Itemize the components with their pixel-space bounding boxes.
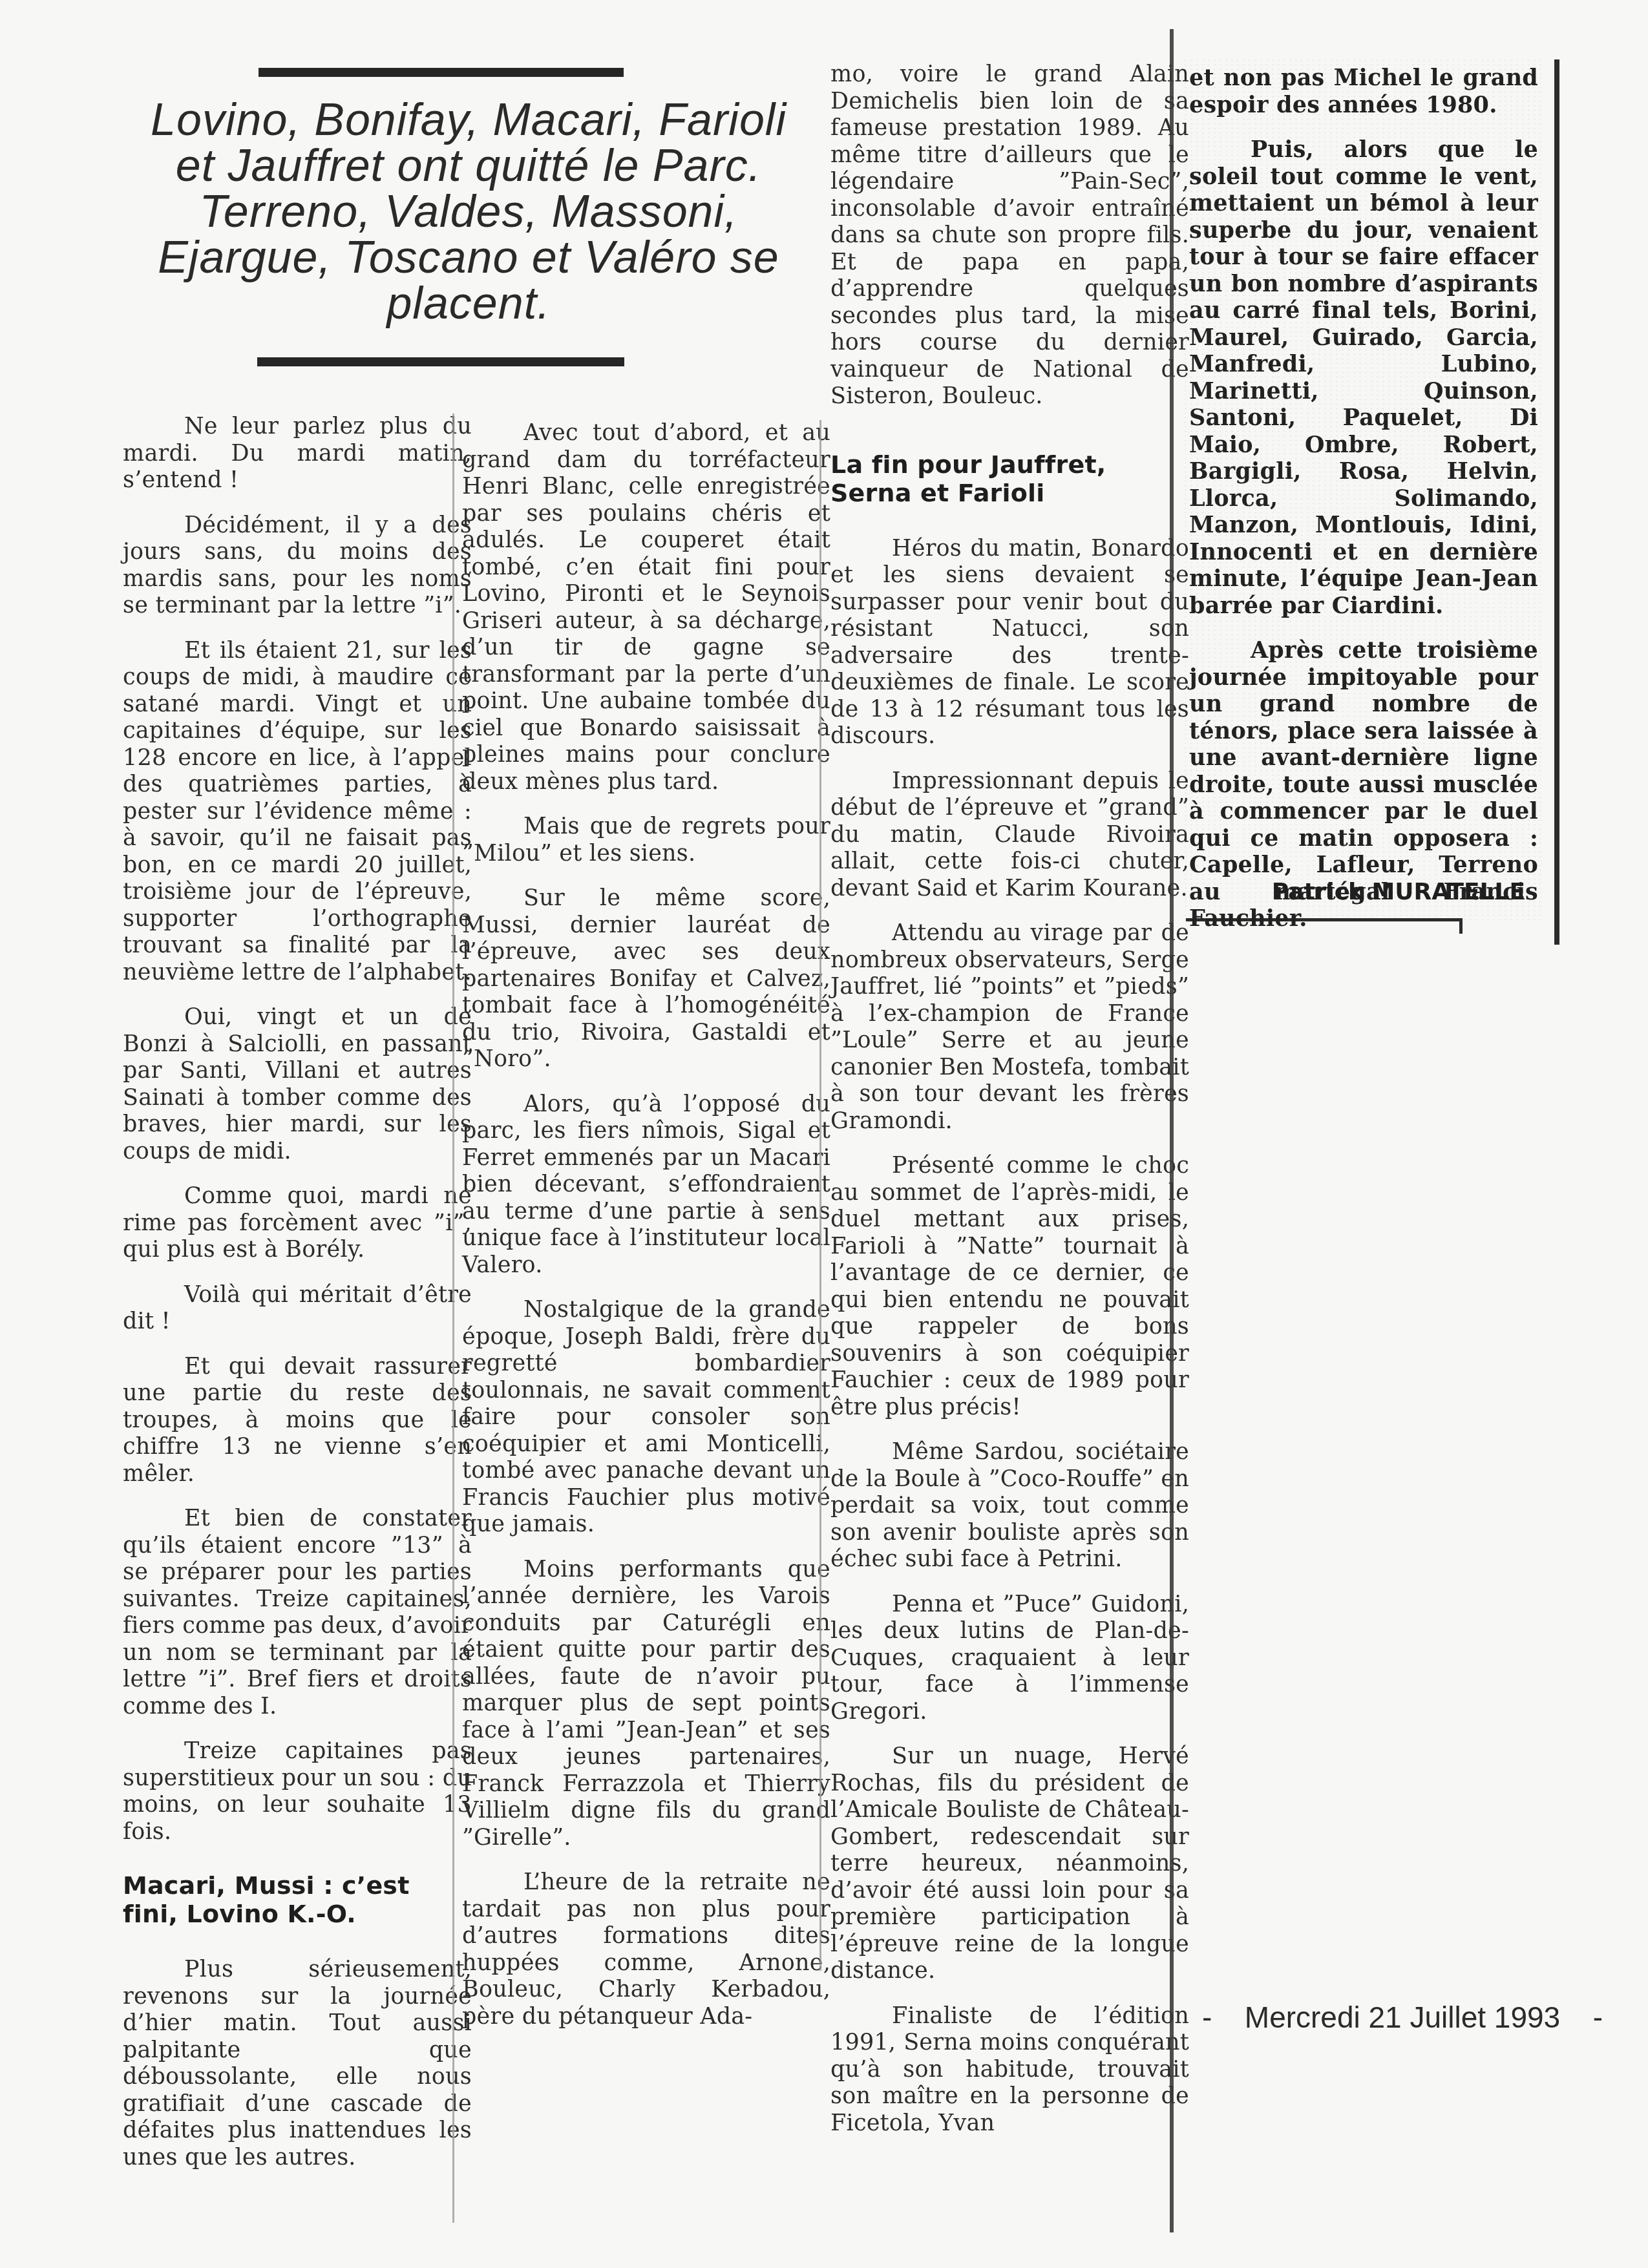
paragraph: Plus sérieusement, revenons sur la journ… <box>123 1957 472 2171</box>
article-column-4: et non pas Michel le grand espoir des an… <box>1189 65 1538 950</box>
headline: Lovino, Bonifay, Macari, Farioli et Jauf… <box>103 97 834 326</box>
dateline-date: Mercredi 21 Juillet 1993 <box>1245 2000 1560 2035</box>
paragraph: L’heure de la retraite ne tardait pas no… <box>462 1869 830 2030</box>
column-divider <box>819 420 821 1971</box>
paragraph: Oui, vingt et un de Bonzi à Salciolli, e… <box>123 1004 472 1165</box>
headline-line: placent. <box>103 280 834 326</box>
headline-line: Terreno, Valdes, Massoni, <box>103 189 834 235</box>
author-byline: Patrick MURATELLE <box>1228 879 1525 905</box>
article-column-2: Avec tout d’abord, et au grand dam du to… <box>462 420 830 2048</box>
newspaper-clipping: Lovino, Bonifay, Macari, Farioli et Jauf… <box>0 0 1648 2268</box>
paragraph: Avec tout d’abord, et au grand dam du to… <box>462 420 830 795</box>
paragraph: Moins performants que l’année dernière, … <box>462 1557 830 1852</box>
paragraph: Sur le même score, Mussi, dernier lauréa… <box>462 885 830 1073</box>
headline-line: Ejargue, Toscano et Valéro se <box>103 235 834 280</box>
dateline-dash: - <box>1593 2000 1603 2035</box>
paragraph: Nostalgique de la grande époque, Joseph … <box>462 1297 830 1538</box>
paragraph: Présenté comme le choc au sommet de l’ap… <box>830 1153 1189 1421</box>
dateline: - Mercredi 21 Juillet 1993 - <box>1202 2000 1603 2035</box>
box-right-border <box>1554 59 1559 945</box>
column-divider <box>452 414 454 2223</box>
headline-line: Lovino, Bonifay, Macari, Farioli <box>103 97 834 143</box>
paragraph: Ne leur parlez plus du mardi. Du mardi m… <box>123 414 472 494</box>
dateline-dash: - <box>1202 2000 1212 2035</box>
paragraph: Finaliste de l’édition 1991, Serna moins… <box>830 2003 1189 2137</box>
headline-line: et Jauffret ont quitté le Parc. <box>103 143 834 189</box>
paragraph: Et ils étaient 21, sur les coups de midi… <box>123 638 472 987</box>
column-divider <box>1170 29 1174 2232</box>
paragraph: et non pas Michel le grand espoir des an… <box>1189 65 1538 118</box>
paragraph: Même Sardou, sociétaire de la Boule à ”C… <box>830 1439 1189 1573</box>
paragraph: Puis, alors que le soleil tout comme le … <box>1189 136 1538 619</box>
paragraph: Alors, qu’à l’opposé du parc, les fiers … <box>462 1091 830 1279</box>
paragraph: Treize capitaines pas superstitieux pour… <box>123 1738 472 1845</box>
subheading: La fin pour Jauffret, Serna et Farioli <box>830 450 1189 507</box>
paragraph: Penna et ”Puce” Guidoni, les deux lutins… <box>830 1591 1189 1726</box>
subheading: Macari, Mussi : c’est fini, Lovino K.-O. <box>123 1871 472 1928</box>
paragraph: Impressionnant depuis le début de l’épre… <box>830 768 1189 903</box>
paragraph: Mais que de regrets pour ”Milou” et les … <box>462 814 830 867</box>
article-column-1: Ne leur parlez plus du mardi. Du mardi m… <box>123 414 472 2189</box>
paragraph: Héros du matin, Bonardo et les siens dev… <box>830 536 1189 750</box>
paragraph: mo, voire le grand Alain Demichelis bien… <box>830 61 1189 410</box>
paragraph: Et qui devait rassurer une partie du res… <box>123 1354 472 1488</box>
paragraph: Comme quoi, mardi ne rime pas forcèment … <box>123 1183 472 1264</box>
paragraph: Et bien de constater qu’ils étaient enco… <box>123 1506 472 1720</box>
paragraph: Attendu au virage par de nombreux observ… <box>830 920 1189 1135</box>
paragraph: Sur un nuage, Hervé Rochas, fils du prés… <box>830 1743 1189 1985</box>
paragraph: Voilà qui méritait d’être dit ! <box>123 1282 472 1336</box>
headline-top-rule <box>259 68 624 77</box>
paragraph: Décidément, il y a des jours sans, du mo… <box>123 512 472 620</box>
headline-bottom-rule <box>257 357 624 366</box>
article-column-3: mo, voire le grand Alain Demichelis bien… <box>830 61 1189 2155</box>
